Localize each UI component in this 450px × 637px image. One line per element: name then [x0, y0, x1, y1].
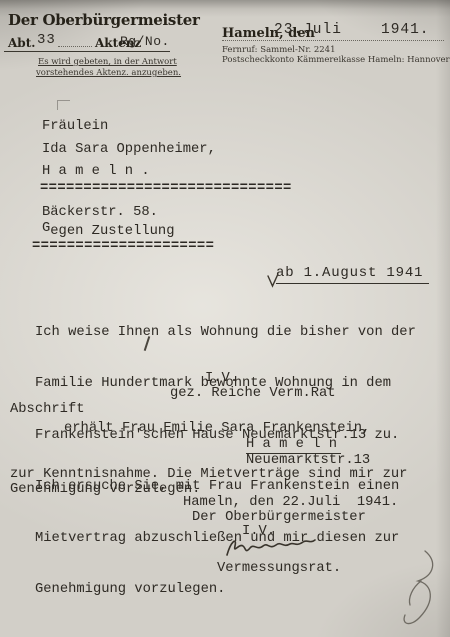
handwritten-check-icon	[266, 273, 281, 288]
copy-street: Neuemarktstr.13	[246, 453, 370, 468]
delivery-note: Gegen Zustellung	[42, 224, 174, 239]
file-ref-number: Rg/No.	[120, 34, 170, 49]
dept-label: Abt.	[8, 36, 35, 50]
recipient-street: Bäckerstr. 58.	[42, 205, 158, 220]
recipient-city: H a m e l n .	[42, 164, 150, 179]
copy-recipient-line: erhält Frau Emilie Sara Frankenstein,	[64, 421, 370, 436]
letterhead-note-line1: Es wird gebeten, in der Antwort	[38, 57, 177, 67]
letter-body: Ich weise Ihnen als Wohnung die bisher v…	[35, 289, 441, 633]
copy-office: Der Oberbürgermeister	[192, 510, 366, 525]
sender-title: Der Oberbürgermeister	[8, 11, 200, 29]
letterhead-rule	[4, 51, 170, 52]
typed-year: 1941.	[381, 23, 430, 38]
fold-mark	[57, 100, 70, 110]
dept-number: 33	[37, 33, 56, 48]
dotted-line	[222, 40, 444, 41]
body-line: Ich weise Ihnen als Wohnung die bisher v…	[35, 325, 441, 340]
recipient-salutation: Fräulein	[42, 119, 108, 134]
bank-account-line: Postscheckkonto Kämmereikasse Hameln: Ha…	[222, 55, 450, 65]
typed-date: 23.Juli	[274, 23, 342, 38]
signer-title: Vermessungsrat.	[217, 561, 341, 576]
delivery-note-rest: egen Zustellung	[50, 224, 174, 239]
body-line: Genehmigung vorzulegen.	[35, 582, 441, 597]
divider-line-long: =============================	[40, 181, 292, 196]
letterhead-note-line2: vorstehendes Aktenz. anzugeben.	[36, 68, 181, 78]
dotted-line	[58, 46, 92, 47]
recipient-name: Ida Sara Oppenheimer,	[42, 142, 216, 157]
effective-date: ab 1.August 1941	[276, 266, 429, 284]
copy-text-line2: Genehmigung vorzulegen.	[10, 482, 200, 497]
handwritten-signature	[224, 533, 319, 561]
copy-heading: Abschrift	[10, 402, 85, 417]
divider-line-short: =====================	[32, 239, 214, 254]
copy-text-line1: zur Kenntnisnahme. Die Mietverträge sind…	[10, 467, 407, 482]
per-procura-abbrev: I.V.	[205, 371, 238, 386]
phone-line: Fernruf: Sammel-Nr. 2241	[222, 45, 335, 55]
copy-place-date: Hameln, den 22.Juli 1941.	[183, 495, 398, 510]
signed-by-line: gez. Reiche Verm.Rat	[170, 386, 336, 401]
pencil-flourish-mark	[393, 547, 439, 635]
copy-city: H a m e l n	[246, 437, 341, 454]
delivery-note-initial: G	[42, 221, 50, 236]
scanned-letter-page: Der Oberbürgermeister Abt. 33 Aktenz Rg/…	[0, 0, 450, 637]
